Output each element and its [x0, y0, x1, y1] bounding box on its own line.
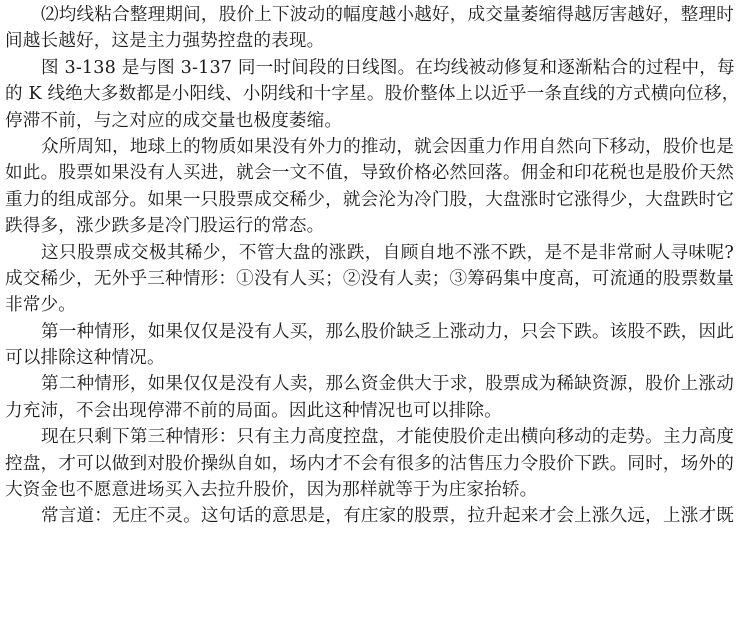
paragraph: ⑵均线粘合整理期间，股价上下波动的幅度越小越好，成交量萎缩得越厉害越好，整理时 … [5, 2, 734, 55]
text-line: 常言道：无庄不灵。这句话的意思是，有庄家的股票，拉升起来才会上涨久远，上涨才既 [5, 503, 734, 529]
paragraph: 众所周知，地球上的物质如果没有外力的推动，就会因重力作用自然向下移动，股价也是 … [5, 134, 734, 240]
document-page: ⑵均线粘合整理期间，股价上下波动的幅度越小越好，成交量萎缩得越厉害越好，整理时 … [0, 0, 738, 625]
text-line: 重力的组成部分。如果一只股票成交稀少，就会沦为冷门股，大盘涨时它涨得少，大盘跌时… [5, 187, 734, 213]
text-line: 图 3-138 是与图 3-137 同一时间段的日线图。在均线被动修复和逐渐粘合… [5, 55, 734, 81]
text-line: 现在只剩下第三种情形：只有主力高度控盘，才能使股价走出横向移动的走势。主力高度 [5, 424, 734, 450]
text-line: 成交稀少，无外乎三种情形：①没有人买；②没有人卖；③筹码集中度高，可流通的股票数… [5, 266, 734, 292]
text-line: 停滞不前，与之对应的成交量也极度萎缩。 [5, 108, 734, 134]
text-line: 大资金也不愿意进场买入去拉升股价，因为那样就等于为庄家抬轿。 [5, 477, 734, 503]
text-line: 力充沛，不会出现停滞不前的局面。因此这种情况也可以排除。 [5, 398, 734, 424]
text-line: 这只股票成交极其稀少，不管大盘的涨跌，自顾自地不涨不跌，是不是非常耐人寻味呢? [5, 240, 734, 266]
paragraph: 现在只剩下第三种情形：只有主力高度控盘，才能使股价走出横向移动的走势。主力高度 … [5, 424, 734, 503]
text-line: ⑵均线粘合整理期间，股价上下波动的幅度越小越好，成交量萎缩得越厉害越好，整理时 [5, 2, 734, 28]
text-line: 众所周知，地球上的物质如果没有外力的推动，就会因重力作用自然向下移动，股价也是 [5, 134, 734, 160]
text-line: 可以排除这种情况。 [5, 345, 734, 371]
text-line: 跌得多，涨少跌多是冷门股运行的常态。 [5, 213, 734, 239]
text-line: 第二种情形，如果仅仅是没有人卖，那么资金供大于求，股票成为稀缺资源，股价上涨动 [5, 371, 734, 397]
paragraph: 第一种情形，如果仅仅是没有人买，那么股价缺乏上涨动力，只会下跌。该股不跌，因此 … [5, 319, 734, 372]
text-line: 控盘，才可以做到对股价操纵自如，场内才不会有很多的沽售压力令股价下跌。同时，场外… [5, 451, 734, 477]
text-line: 间越长越好，这是主力强势控盘的表现。 [5, 28, 734, 54]
text-line: 的 K 线绝大多数都是小阳线、小阴线和十字星。股价整体上以近乎一条直线的方式横向… [5, 81, 734, 107]
text-line: 第一种情形，如果仅仅是没有人买，那么股价缺乏上涨动力，只会下跌。该股不跌，因此 [5, 319, 734, 345]
text-line: 如此。股票如果没有人买进，就会一文不值，导致价格必然回落。佣金和印花税也是股价天… [5, 160, 734, 186]
paragraph: 第二种情形，如果仅仅是没有人卖，那么资金供大于求，股票成为稀缺资源，股价上涨动 … [5, 371, 734, 424]
paragraph: 图 3-138 是与图 3-137 同一时间段的日线图。在均线被动修复和逐渐粘合… [5, 55, 734, 134]
paragraph: 常言道：无庄不灵。这句话的意思是，有庄家的股票，拉升起来才会上涨久远，上涨才既 [5, 503, 734, 529]
paragraph: 这只股票成交极其稀少，不管大盘的涨跌，自顾自地不涨不跌，是不是非常耐人寻味呢? … [5, 240, 734, 319]
text-line: 非常少。 [5, 292, 734, 318]
